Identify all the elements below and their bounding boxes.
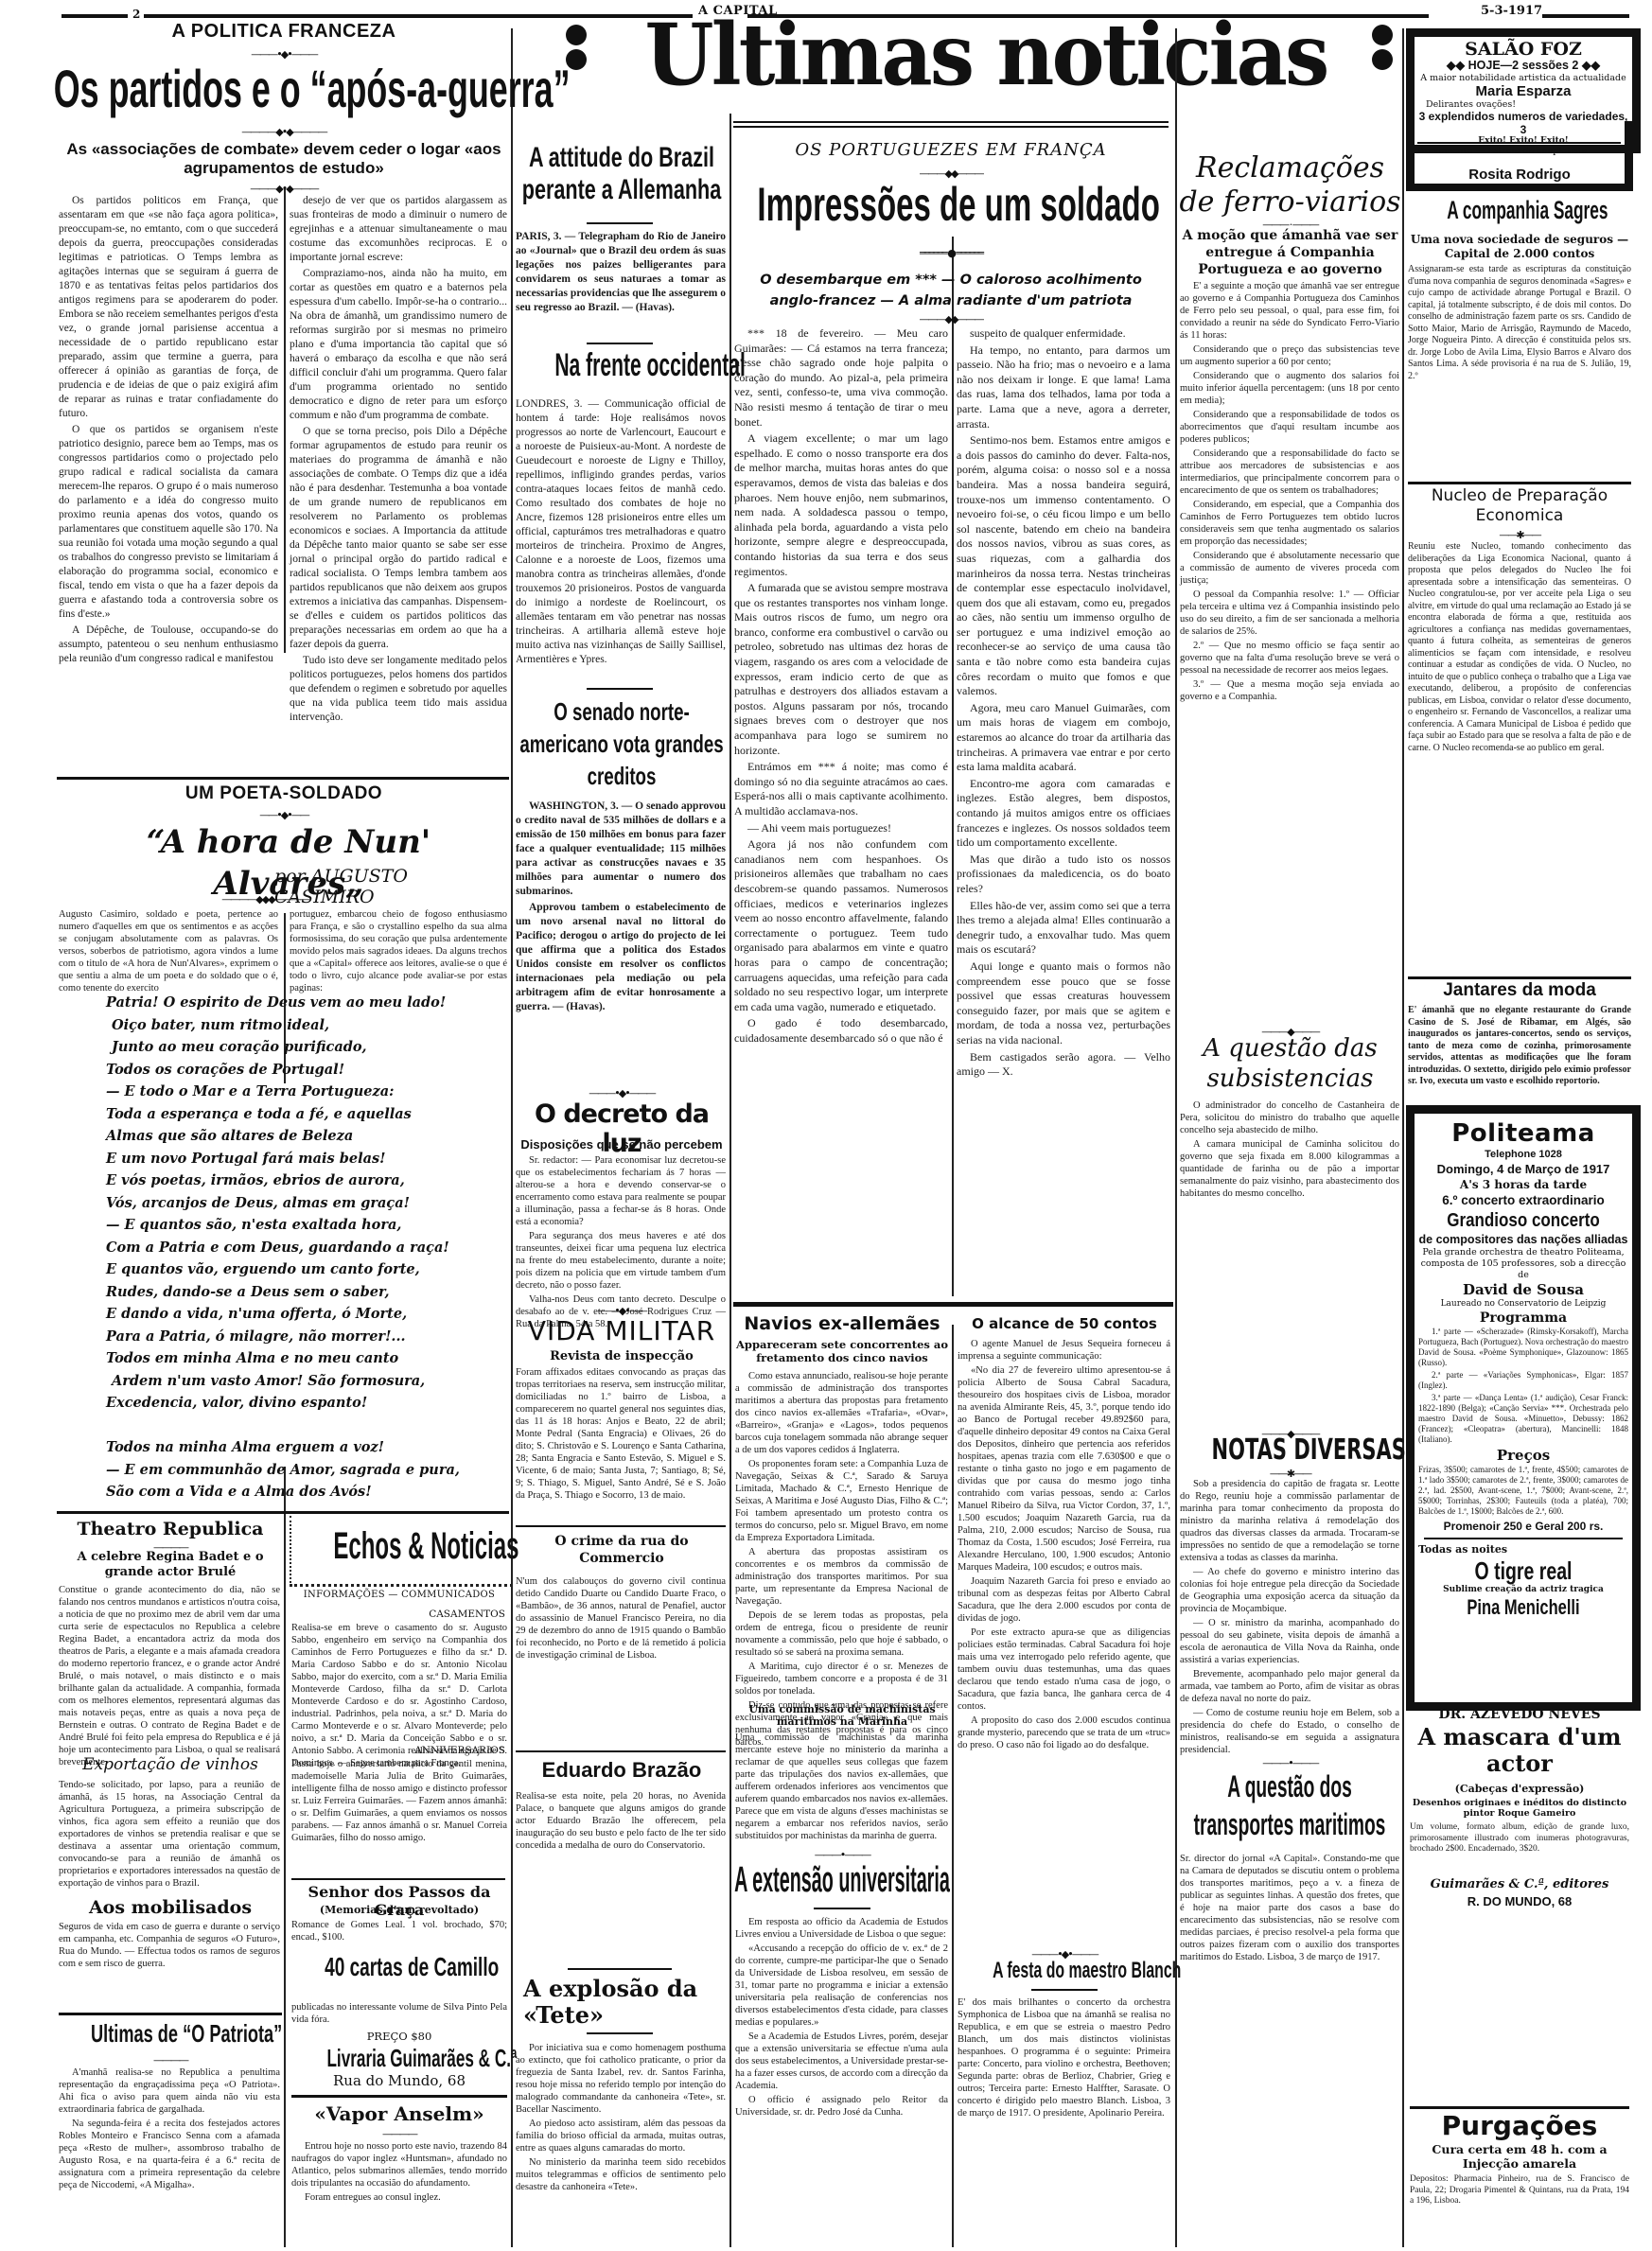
ad-salao-foz: SALÃO FOZ ◆◆ HOJE—2 sessões 2 ◆◆ A maior… (1406, 28, 1641, 153)
paragraph: A abertura das propostas assistiram os c… (735, 1546, 948, 1608)
ad-star: Rosita Rodrigo (1406, 167, 1633, 183)
poem-stanza: Patria! O espirito de Deus vem ao meu la… (106, 992, 503, 1504)
bookstore-name: Livraria Guimarães & C.ª (326, 2044, 471, 2072)
poem-line: Toda a esperança e toda a fé, e aquellas (106, 1103, 503, 1126)
headline-container: Impressões de um soldado (733, 176, 1169, 233)
article-headline: Reclamações de ferro-viarios (1178, 151, 1402, 220)
article-headline: «Vapor Anselm» (290, 2102, 509, 2125)
programme-part: 3.ª parte — «Dança Lenta» (1.ª audição),… (1418, 1393, 1628, 1445)
paragraph: A proposito do caso dos 2.000 escudos co… (958, 1715, 1170, 1751)
article-subhead: Appareceram sete concorrentes ao fretame… (733, 1338, 951, 1364)
divider (587, 222, 653, 224)
poem-line: Todos os corações de Portugal! (106, 1059, 503, 1082)
ad-programme-title: Programma (1418, 1310, 1628, 1327)
poem-line: Ardem n'um vasto Amor! São formosura, (106, 1370, 503, 1393)
poem-line: — E quantos são, n'esta exaltada hora, (106, 1214, 503, 1237)
paragraph: Compraziamo-nos, ainda não ha muito, em … (290, 267, 507, 423)
ad-concert: 6.º concerto extraordinario (1418, 1192, 1628, 1209)
section-rule (291, 2095, 507, 2098)
paragraph: A viagem excellente; o mar um lago espel… (734, 431, 948, 579)
section-rule (57, 1511, 509, 1514)
masthead-rule-left (62, 14, 128, 18)
ad-line: Brevemente — Estreia da coupletista (1417, 142, 1621, 156)
article-headline: Navios ex-allemães (733, 1313, 951, 1334)
ad-subtitle: Cura certa em 48 h. com a Injecção amare… (1410, 2142, 1629, 2171)
ad-body: Depositos: Pharmacia Pinheiro, rua de S.… (1410, 2174, 1629, 2207)
article-headline: Nucleo de Preparação Economica (1406, 486, 1633, 526)
headline-container: 40 cartas de Camillo (290, 1951, 509, 1983)
book-author: DR. AZEVEDO NEVES (1406, 1707, 1633, 1722)
article-headline: Ultimas de “O Patriota” (91, 2017, 250, 2049)
article-headline: A explosão da «Tete» (523, 1976, 729, 2029)
ad-line: 3 explendidos numeros de variedades, 3 (1418, 110, 1628, 136)
ad-politeama: Politeama Telephone 1028 Domingo, 4 de M… (1406, 1105, 1641, 1711)
article-headline: A questão dos transportes maritimos (1179, 1767, 1400, 1843)
article-body: Realisa-se esta noite, pela 20 horas, no… (516, 1790, 726, 1852)
article-subhead: O desembarque em *** — O caloroso acolhi… (747, 270, 1154, 311)
ad-actress: Pina Menichelli (1445, 1595, 1603, 1620)
column-rule (952, 237, 954, 1296)
paragraph: O que os partidos se organisem n'este pa… (59, 423, 278, 622)
ornament-divider: ————◆◆◆———— (170, 894, 360, 906)
column-rule (952, 1325, 954, 2247)
article-body: Constitue o grande acontecimento do dia,… (59, 1584, 280, 1768)
paragraph: — Como de costume reuniu hoje em Belem, … (1180, 1707, 1399, 1756)
article-subhead: Uma nova sociedade de seguros —Capital d… (1406, 233, 1633, 261)
article-body: Seguros de vida em caso de guerra e dura… (59, 1921, 280, 1970)
ad-promenoir: Promenoir 250 e Geral 200 rs. (1418, 1519, 1628, 1534)
article-body: Tendo-se solicitado, por lapso, para a r… (59, 1779, 280, 1890)
paragraph: Para segurança dos meus haveres e até do… (516, 1230, 726, 1292)
subsection-title: ANNIVERSARIOS (290, 1745, 505, 1756)
paragraph: — Ao chefe do governo e ministro interin… (1180, 1566, 1399, 1615)
divider (587, 688, 653, 690)
poem-line: São com a Vida e a Alma dos Avós! (106, 1481, 503, 1504)
poem-line: Almas que são altares de Beleza (106, 1125, 503, 1148)
paragraph: A Maritima, cujo director é o sr. Meneze… (735, 1661, 948, 1697)
article-body: A'manhã realisa-se no Republica a penult… (59, 2066, 280, 2193)
article-body-col-2: desejo de ver que os partidos alargassem… (290, 194, 507, 727)
article-body: PARIS, 3. — Telegrapham do Rio de Janeir… (516, 230, 726, 315)
paragraph: A fumarada que se avistou sempre mostrav… (734, 581, 948, 758)
ad-programme: 1.ª parte — «Scherazade» (Rimsky-Korsako… (1418, 1327, 1628, 1445)
poem-line: Excedencia, valor, divino espanto! (106, 1392, 503, 1415)
paragraph: E' a seguinte a moção que ámanhã vae ser… (1180, 280, 1399, 342)
page-date: 5-3-1917 (1481, 4, 1542, 18)
paragraph: Na segunda-feira é a recita dos festejad… (59, 2118, 280, 2191)
headline-container: A attitude do Brazil perante a Allemanha (514, 142, 729, 206)
ad-film: O tigre real (1445, 1556, 1603, 1585)
article-body: Foram affixados editaes convocando as pr… (516, 1366, 726, 1502)
paragraph: Joaquim Nazareth Garcia foi preso e envi… (958, 1575, 1170, 1625)
section-rule (1408, 482, 1631, 484)
page-number: 2 (132, 8, 140, 21)
ad-title: SALÃO FOZ (1418, 40, 1628, 59)
paragraph: Ha tempo, no entanto, para darmos um pas… (957, 343, 1170, 432)
ornament-right-icon (1372, 25, 1395, 81)
paragraph: 2.º — Que no mesmo officio se faça senti… (1180, 640, 1399, 677)
paragraph: A Dépêche, de Toulouse, occupando-se do … (59, 624, 278, 666)
ad-line: Delirantes ovações! (1418, 99, 1628, 110)
paragraph: Depois de se lerem todas as propostas, p… (735, 1609, 948, 1659)
ad-body: Romance de Gomes Leal. 1 vol. brochado, … (291, 1919, 507, 1943)
paragraph: WASHINGTON, 3. — O senado approvou o cre… (516, 800, 726, 899)
paragraph: «No dia 27 de fevereiro ultimo apresento… (958, 1364, 1170, 1574)
ad-title: Purgações (1406, 2111, 1633, 2141)
ad-headline: 40 cartas de Camillo (325, 1951, 474, 1983)
poem-line: Com a Patria e com Deus, guardando a raç… (106, 1237, 503, 1259)
column-rule (729, 114, 731, 2247)
paragraph: O agente Manuel de Jesus Sequeira fornec… (958, 1338, 1170, 1363)
poem-line: Junto ao meu coração purificado, (106, 1036, 503, 1059)
article-body: Sr. director do jornal «A Capital». Cons… (1180, 1853, 1399, 1963)
ornament-divider: ———— (290, 2129, 509, 2140)
ad-film-sub: Sublime creação da actriz tragica (1418, 1585, 1628, 1595)
headline-container: Livraria Guimarães & C.ª (290, 2044, 509, 2072)
article-body: Como estava annunciado, realisou-se hoje… (735, 1370, 948, 1750)
article-kicker: UM POETA-SOLDADO (57, 783, 511, 804)
ad-laureate: Laureado no Conservatorio de Leipzig (1418, 1299, 1628, 1310)
paragraph: Considerando que o augmento dos salarios… (1180, 370, 1399, 407)
banner-title: Ultimas noticias (625, 8, 1347, 102)
headline-container: A festa do maestro Blanch (956, 1957, 1173, 1985)
bookstore-address: Rua do Mundo, 68 (290, 2072, 509, 2089)
paragraph: Considerando que é absolutamente necessa… (1180, 550, 1399, 587)
ad-line: A maior notabilidade artistica da actual… (1418, 73, 1628, 83)
ad-title: Politeama (1418, 1119, 1628, 1148)
section-rule (59, 2013, 282, 2015)
ad-todas: Todas as noites (1418, 1543, 1628, 1556)
column-rule (511, 28, 513, 2247)
section-rule (733, 1302, 1173, 1307)
paragraph: Ao piedoso acto assistiram, além das pes… (516, 2118, 726, 2154)
article-body: LONDRES, 3. — Communicação official de h… (516, 397, 726, 667)
poem-line: Oiço bater, num ritmo ideal, (106, 1014, 503, 1037)
paragraph: desejo de ver que os partidos alargassem… (290, 194, 507, 265)
article-body: O agente Manuel de Jesus Sequeira fornec… (958, 1338, 1170, 1753)
masthead-rule-far (1542, 14, 1629, 18)
ornament-divider: ——✱—— (1406, 530, 1633, 541)
section-rule (1410, 2106, 1629, 2109)
divider (516, 1525, 726, 1527)
programme-part: 1.ª parte — «Scherazade» (Rimsky-Korsako… (1418, 1327, 1628, 1368)
divider (587, 343, 653, 344)
ad-phone: Telephone 1028 (1418, 1148, 1628, 1161)
paragraph: Em resposta ao officio da Academia de Es… (735, 1916, 948, 1941)
paragraph: suspeito de qualquer enfermidade. (957, 326, 1170, 342)
ornament-divider: ══════ ● ══════ (733, 248, 1169, 259)
article-body: E' dos mais brilhantes o concerto da orc… (958, 1996, 1170, 2119)
divider (568, 1968, 672, 1970)
subsection-title: CASAMENTOS (290, 1609, 505, 1620)
poem-line (106, 1415, 503, 1437)
section-title: Echos & Noticias (333, 1521, 465, 1571)
article-body: Uma commissão de machinistas da marinha … (735, 1732, 948, 1842)
ad-price: PREÇO $80 (290, 2030, 509, 2043)
paragraph: Mas que dirão a tudo isto os nossos prof… (957, 853, 1170, 897)
ad-star: Maria Esparza (1418, 83, 1628, 99)
ad-line: ◆◆ HOJE—2 sessões 2 ◆◆ (1418, 59, 1628, 73)
divider (516, 1750, 726, 1752)
article-body: E' ámanhã que no elegante restaurante do… (1408, 1005, 1631, 1088)
article-body: Entrou hoje no nosso porto este navio, t… (291, 2140, 507, 2206)
poem-line: Rudes, dando-se a Deus sem o saber, (106, 1281, 503, 1304)
paragraph: Brevemente, acompanhado pelo major gener… (1180, 1668, 1399, 1705)
ornament-divider: ————◆•◆———— (57, 127, 511, 138)
ornament-divider: ———◆◆——— (733, 314, 1169, 325)
poem-line: E quantos vão, erguendo um canto forte, (106, 1258, 503, 1281)
section-subhead: INFORMAÇÕES — COMMUNICADOS (290, 1590, 509, 1600)
article-subhead: Disposições que se não percebem (514, 1137, 729, 1152)
column-rule (1402, 28, 1404, 2247)
article-headline: Os partidos e o “após-a-guerra” (54, 59, 514, 119)
section-rule (57, 777, 509, 780)
paragraph: Considerando, em especial, que a Companh… (1180, 499, 1399, 548)
paragraph: Sentimo-nos bem. Estamos entre amigos e … (957, 433, 1170, 699)
ad-composers: de compositores das nações alliadas (1418, 1232, 1628, 1247)
article-headline: Theatro Republica (57, 1519, 284, 1539)
paragraph: Sr. redactor: — Para economisar luz decr… (516, 1154, 726, 1228)
article-headline: A questão das subsistencias (1178, 1033, 1402, 1094)
ad-body: publicadas no interessante volume de Sil… (291, 2001, 507, 2026)
article-subhead: Revista de inspecção (514, 1349, 729, 1363)
article-headline: Impressões de um soldado (757, 176, 1144, 233)
paragraph: Considerando que a responsabilidade de t… (1180, 409, 1399, 446)
paragraph: Considerando que o preço das subsistenci… (1180, 343, 1399, 368)
paragraph: Como estava annunciado, realisou-se hoje… (735, 1370, 948, 1456)
paragraph: Aqui longe e quanto mais o formos não co… (957, 959, 1170, 1048)
headline-container: A questão dos transportes maritimos (1178, 1767, 1402, 1843)
poem-line: — E todo o Mar e a Terra Portugueza: (106, 1081, 503, 1103)
column-rule (1175, 28, 1177, 2247)
column-rule (284, 1467, 286, 2247)
poem-line: E um novo Portugal fará mais belas! (106, 1148, 503, 1170)
article-body: Sob a presidencia do capitão de fragata … (1180, 1478, 1399, 1758)
paragraph: Por iniciativa sua e como homenagem post… (516, 2042, 726, 2116)
paragraph: A'manhã realisa-se no Republica a penult… (59, 2066, 280, 2116)
paragraph: 3.º — Que a mesma moção seja enviada ao … (1180, 678, 1399, 703)
paragraph: Sob a presidencia do capitão de fragata … (1180, 1478, 1399, 1564)
ornament-divider: ——•◆•—— (57, 810, 511, 821)
divider (1031, 1989, 1098, 1991)
ad-date: Domingo, 4 de Março de 1917 (1418, 1161, 1628, 1177)
divider (733, 121, 1169, 123)
box-border (1406, 184, 1633, 191)
poem-line: Patria! O espirito de Deus vem ao meu la… (106, 992, 503, 1014)
headline-container: Echos & Noticias (290, 1521, 509, 1571)
article-headline: Jantares da moda (1406, 980, 1633, 1001)
paragraph: Considerando que a responsabilidade do f… (1180, 448, 1399, 497)
poem-line: — E em communhão de Amor, sagrada e pura… (106, 1459, 503, 1482)
ad-subhead: (Memorias d'um revoltado) (290, 1904, 509, 1916)
paragraph: *** 18 de fevereiro. — Meu caro Guimarãe… (734, 326, 948, 430)
article-subhead: A moção que ámanhã vae ser entregue á Co… (1178, 227, 1402, 278)
paragraph: Approvou tambem o estabelecimento de um … (516, 901, 726, 1014)
paragraph: O officio é assignado pelo Reitor da Uni… (735, 2094, 948, 2119)
article-headline: Eduardo Brazão (514, 1758, 729, 1783)
paragraph: — Ahi veem mais portuguezes! (734, 821, 948, 836)
paragraph: Bem castigados serão agora. — Velho amig… (957, 1050, 1170, 1080)
masthead-rule (144, 14, 693, 18)
divider (587, 2032, 653, 2034)
section-rule (291, 1878, 505, 1880)
box-border (1625, 121, 1633, 187)
poem-line: Todos na minha Alma erguem a voz! (106, 1436, 503, 1459)
headline-container: Na frente occidental (514, 346, 729, 384)
article-headline: A festa do maestro Blanch (993, 1957, 1136, 1985)
article-headline: O crime da rua do Commercio (514, 1533, 729, 1567)
article-subhead: Uma commissão de machinistas maritimos n… (733, 1703, 951, 1728)
article-kicker: OS PORTUGUEZES EM FRANÇA (733, 140, 1169, 160)
article-headline: Exportação de vinhos (57, 1755, 284, 1774)
headline-container: A companhia Sagres (1406, 195, 1633, 225)
article-headline: O senado norte-americano vota grandes cr… (514, 695, 729, 792)
ad-prices-title: Preços (1418, 1447, 1628, 1465)
paragraph: — O sr. ministro da marinha, acompanhado… (1180, 1617, 1399, 1666)
poet-intro-col-2: portuguez, embarcou cheio de fogoso enth… (290, 908, 507, 994)
paragraph: «Accusando a recepção do officio de v. e… (735, 1943, 948, 2029)
article-headline: Aos mobilisados (57, 1897, 284, 1918)
article-headline: A attitude do Brazil perante a Allemanha (519, 142, 724, 206)
article-body: N'um dos calabouços do governo civil con… (516, 1575, 726, 1662)
book-subtitle: (Cabeças d'expressão) (1406, 1783, 1633, 1795)
article-kicker: A POLITICA FRANCEZA (57, 21, 511, 43)
headline-container: Os partidos e o “após-a-guerra” (57, 59, 511, 119)
programme-part: 2.ª parte — «Variações Symphonicas», Elg… (1418, 1370, 1628, 1391)
paragraph: Entrámos em *** á noite; mas como é domi… (734, 760, 948, 818)
ad-prices: Frizas, 3$500; camarotes de 1.ª, frente,… (1418, 1465, 1628, 1517)
book-title: A mascara d'um actor (1406, 1724, 1633, 1777)
book-body: Um volume, formato album, edição de gran… (1410, 1822, 1629, 1855)
paragraph: O que se torna preciso, pois Dilo a Dépê… (290, 425, 507, 652)
paragraph: Por este extracto apura-se que as dilige… (958, 1627, 1170, 1713)
divider (733, 126, 1169, 128)
paragraph: Agora já nos não confundem com canadiano… (734, 837, 948, 1014)
paragraph: No ministerio da marinha teem sido receb… (516, 2156, 726, 2193)
ad-conductor: David de Sousa (1418, 1281, 1628, 1299)
paragraph: O administrador do concelho de Castanhei… (1180, 1099, 1399, 1136)
article-headline: A extensão universitaria (731, 1859, 953, 1901)
ad-grand: Grandioso concerto (1434, 1209, 1613, 1232)
paragraph: Tudo isto deve ser longamente meditado p… (290, 654, 507, 725)
article-headline: VIDA MILITAR (514, 1315, 729, 1346)
divider (1424, 1538, 1623, 1539)
paragraph: O pessoal da Companhia resolve: 1.º — Of… (1180, 589, 1399, 638)
article-subhead: A celebre Regina Badet e o grande actor … (57, 1550, 284, 1580)
article-body: Passa hoje o anniversario natalicio da g… (291, 1758, 507, 1844)
paragraph: A camara municipal de Caminha solicitou … (1180, 1138, 1399, 1200)
article-body: Em resposta ao officio da Academia de Es… (735, 1916, 948, 2120)
ad-orchestra: Pela grande orchestra de theatro Politea… (1418, 1247, 1628, 1281)
headline-container: NOTAS DIVERSAS (1178, 1433, 1402, 1468)
ornament-divider: ———— (57, 2055, 284, 2066)
article-body: Por iniciativa sua e como homenagem post… (516, 2042, 726, 2195)
article-body-col-1: Os partidos politicos em França, que ass… (59, 194, 278, 668)
paragraph: Se a Academia de Estudos Livres, porém, … (735, 2031, 948, 2092)
paragraph: Os partidos politicos em França, que ass… (59, 194, 278, 421)
article-headline: A companhia Sagres (1447, 195, 1592, 225)
column-rule (284, 189, 286, 653)
article-headline: Na frente occidental (554, 346, 688, 384)
article-body: Reuniu este Nucleo, tomando conhecimento… (1408, 541, 1631, 754)
paragraph: Agora, meu caro Manuel Guimarães, com um… (957, 701, 1170, 775)
poet-intro-col-1: Augusto Casimiro, soldado e poeta, perte… (59, 908, 278, 994)
poem-line: Para a Patria, ó milagre, não morrer!... (106, 1326, 503, 1348)
paragraph: Foram entregues ao consul inglez. (291, 2191, 507, 2204)
ad-time: A's 3 horas da tarde (1418, 1177, 1628, 1192)
headline-container: Ultimas de “O Patriota” (57, 2017, 284, 2049)
book-address: R. DO MUNDO, 68 (1406, 1894, 1633, 1908)
book-desc: Desenhos originaes e inéditos do distinc… (1406, 1798, 1633, 1819)
book-publisher: Guimarães & C.ª, editores (1406, 1877, 1633, 1891)
paragraph: Entrou hoje no nosso porto este navio, t… (291, 2140, 507, 2189)
paragraph: Os proponentes foram sete: a Companhia L… (735, 1458, 948, 1544)
article-subhead: As «associações de combate» devem ceder … (57, 140, 511, 178)
paragraph: Encontro-me agora com camaradas e inglez… (957, 777, 1170, 851)
section-rule (1408, 976, 1631, 979)
ornament-divider: ———•◆•——— (514, 1088, 729, 1099)
article-body-col-1: *** 18 de fevereiro. — Meu caro Guimarãe… (734, 326, 948, 1048)
article-body: O administrador do concelho de Castanhei… (1180, 1099, 1399, 1202)
article-headline: O alcance de 50 contos (956, 1315, 1173, 1332)
poem-line: E dando a vida, n'uma offerta, ó Morte, (106, 1303, 503, 1326)
article-headline: NOTAS DIVERSAS (1212, 1433, 1369, 1468)
poem-line: E vós poetas, irmãos, ebrios de aurora, (106, 1169, 503, 1192)
article-body-col-2: suspeito de qualquer enfermidade. Ha tem… (957, 326, 1170, 1082)
paragraph: Elles hão-de ver, assim como sei que a t… (957, 899, 1170, 958)
headline-container: A extensão universitaria (733, 1859, 951, 1901)
poem-line: Todos em minha Alma e no meu canto (106, 1347, 503, 1370)
article-body: E' a seguinte a moção que ámanhã vae ser… (1180, 280, 1399, 705)
divider (814, 1908, 870, 1909)
article-body: WASHINGTON, 3. — O senado approvou o cre… (516, 800, 726, 1016)
poem-line: Vós, arcanjos de Deus, almas em graça! (106, 1192, 503, 1215)
box-border (1406, 121, 1415, 187)
article-body: Assignaram-se esta tarde as escripturas … (1408, 264, 1631, 382)
paragraph: O gado é todo desembarcado, cuidadosamen… (734, 1016, 948, 1046)
headline-container: O senado norte-americano vota grandes cr… (514, 695, 729, 792)
